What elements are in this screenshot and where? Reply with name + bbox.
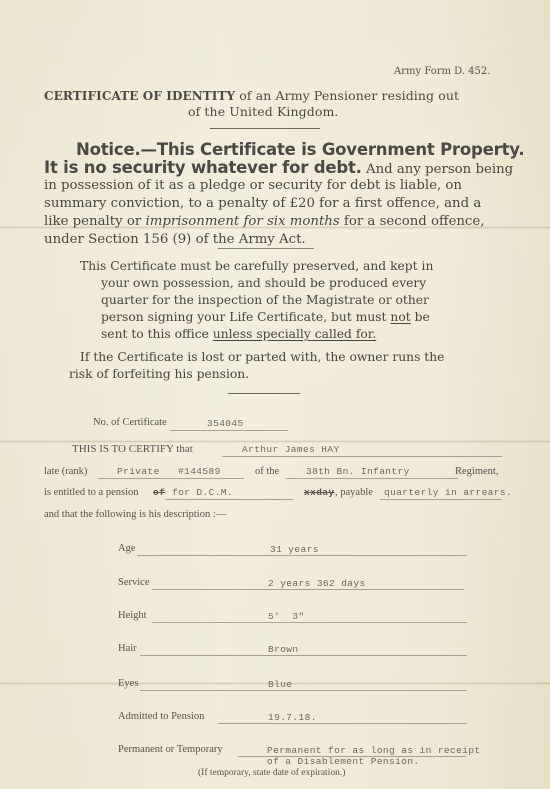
pensioner-name-value: Arthur James HAY xyxy=(242,444,340,455)
notice-heading: Notice.—This Certificate is Government P… xyxy=(76,140,524,159)
admitted-value: 19.7.18. xyxy=(268,712,317,723)
field-line xyxy=(380,499,502,500)
of-the-label: of the xyxy=(255,466,279,477)
document-title: CERTIFICATE OF IDENTITY of an Army Pensi… xyxy=(44,88,459,103)
field-line xyxy=(170,430,288,431)
emphasis-not: not xyxy=(390,310,410,324)
care-line-3: quarter for the inspection of the Magist… xyxy=(101,293,429,307)
permanence-value-line-2: of a Disablement Pension. xyxy=(267,756,420,767)
eyes-value: Blue xyxy=(268,679,292,690)
field-line xyxy=(152,622,467,623)
divider xyxy=(218,248,314,249)
notice-line-3: in possession of it as a pledge or secur… xyxy=(44,178,462,193)
pension-label: is entitled to a pension xyxy=(44,487,139,498)
certificate-number-label: No. of Certificate xyxy=(93,417,167,428)
care-line-2: your own possession, and should be produ… xyxy=(101,276,426,290)
notice-debt-warning: It is no security whatever for debt. xyxy=(44,158,362,177)
field-line xyxy=(218,723,467,724)
title-line-2: of the United Kingdom. xyxy=(188,104,339,119)
notice-line-2: It is no security whatever for debt. And… xyxy=(44,158,513,177)
service-label: Service xyxy=(118,577,150,588)
hair-value: Brown xyxy=(268,644,299,655)
field-line xyxy=(152,589,464,590)
age-label: Age xyxy=(118,543,136,554)
lost-line-2: risk of forfeiting his pension. xyxy=(69,367,249,381)
struck-text: of xyxy=(153,487,165,498)
certify-label: THIS IS TO CERTIFY that xyxy=(72,443,193,455)
struck-text: xxday xyxy=(304,487,335,498)
care-line-4: person signing your Life Certificate, bu… xyxy=(101,310,430,324)
notice-line-4: summary conviction, to a penalty of £20 … xyxy=(44,196,481,211)
hair-label: Hair xyxy=(118,643,137,654)
field-line xyxy=(140,690,467,691)
field-line xyxy=(165,499,293,500)
eyes-label: Eyes xyxy=(118,678,138,689)
permanence-note: (If temporary, state date of expiration.… xyxy=(198,768,345,778)
notice-line-5: like penalty or imprisonment for six mon… xyxy=(44,214,484,229)
divider xyxy=(228,393,300,394)
care-line-5: sent to this office unless specially cal… xyxy=(101,327,376,341)
regiment-label: Regiment, xyxy=(455,466,498,477)
height-value: 5' 3" xyxy=(268,611,305,622)
divider xyxy=(210,128,320,129)
field-line xyxy=(137,555,467,556)
field-line xyxy=(140,655,467,656)
permanence-label: Permanent or Temporary xyxy=(118,744,223,755)
admitted-label: Admitted to Pension xyxy=(118,711,204,722)
title-bold: CERTIFICATE OF IDENTITY xyxy=(44,89,235,103)
height-label: Height xyxy=(118,610,147,621)
pension-reason-value: for D.C.M. xyxy=(172,487,233,498)
field-line xyxy=(222,456,502,457)
notice-line-6: under Section 156 (9) of the Army Act. xyxy=(44,232,306,247)
title-rest: of an Army Pensioner residing out xyxy=(235,88,459,103)
age-value: 31 years xyxy=(270,544,319,555)
rank-value: Private #144589 xyxy=(117,466,221,477)
notice-italic: imprisonment for six months xyxy=(145,214,339,229)
lost-line-1: If the Certificate is lost or parted wit… xyxy=(80,350,444,364)
care-line-1: This Certificate must be carefully prese… xyxy=(80,259,433,273)
payment-schedule-value: quarterly in arrears. xyxy=(384,487,512,498)
certificate-number-value: 354045 xyxy=(207,418,244,429)
permanence-value-line-1: Permanent for as long as in receipt xyxy=(267,745,481,756)
payable-label: , payable xyxy=(335,487,373,498)
emphasis-unless-called: unless specially called for. xyxy=(213,327,376,341)
service-value: 2 years 362 days xyxy=(268,578,366,589)
field-line xyxy=(286,478,458,479)
description-label: and that the following is his descriptio… xyxy=(44,509,226,520)
rank-label: late (rank) xyxy=(44,466,87,477)
form-number: Army Form D. 452. xyxy=(394,66,490,77)
regiment-value: 38th Bn. Infantry xyxy=(306,466,410,477)
field-line xyxy=(98,478,244,479)
